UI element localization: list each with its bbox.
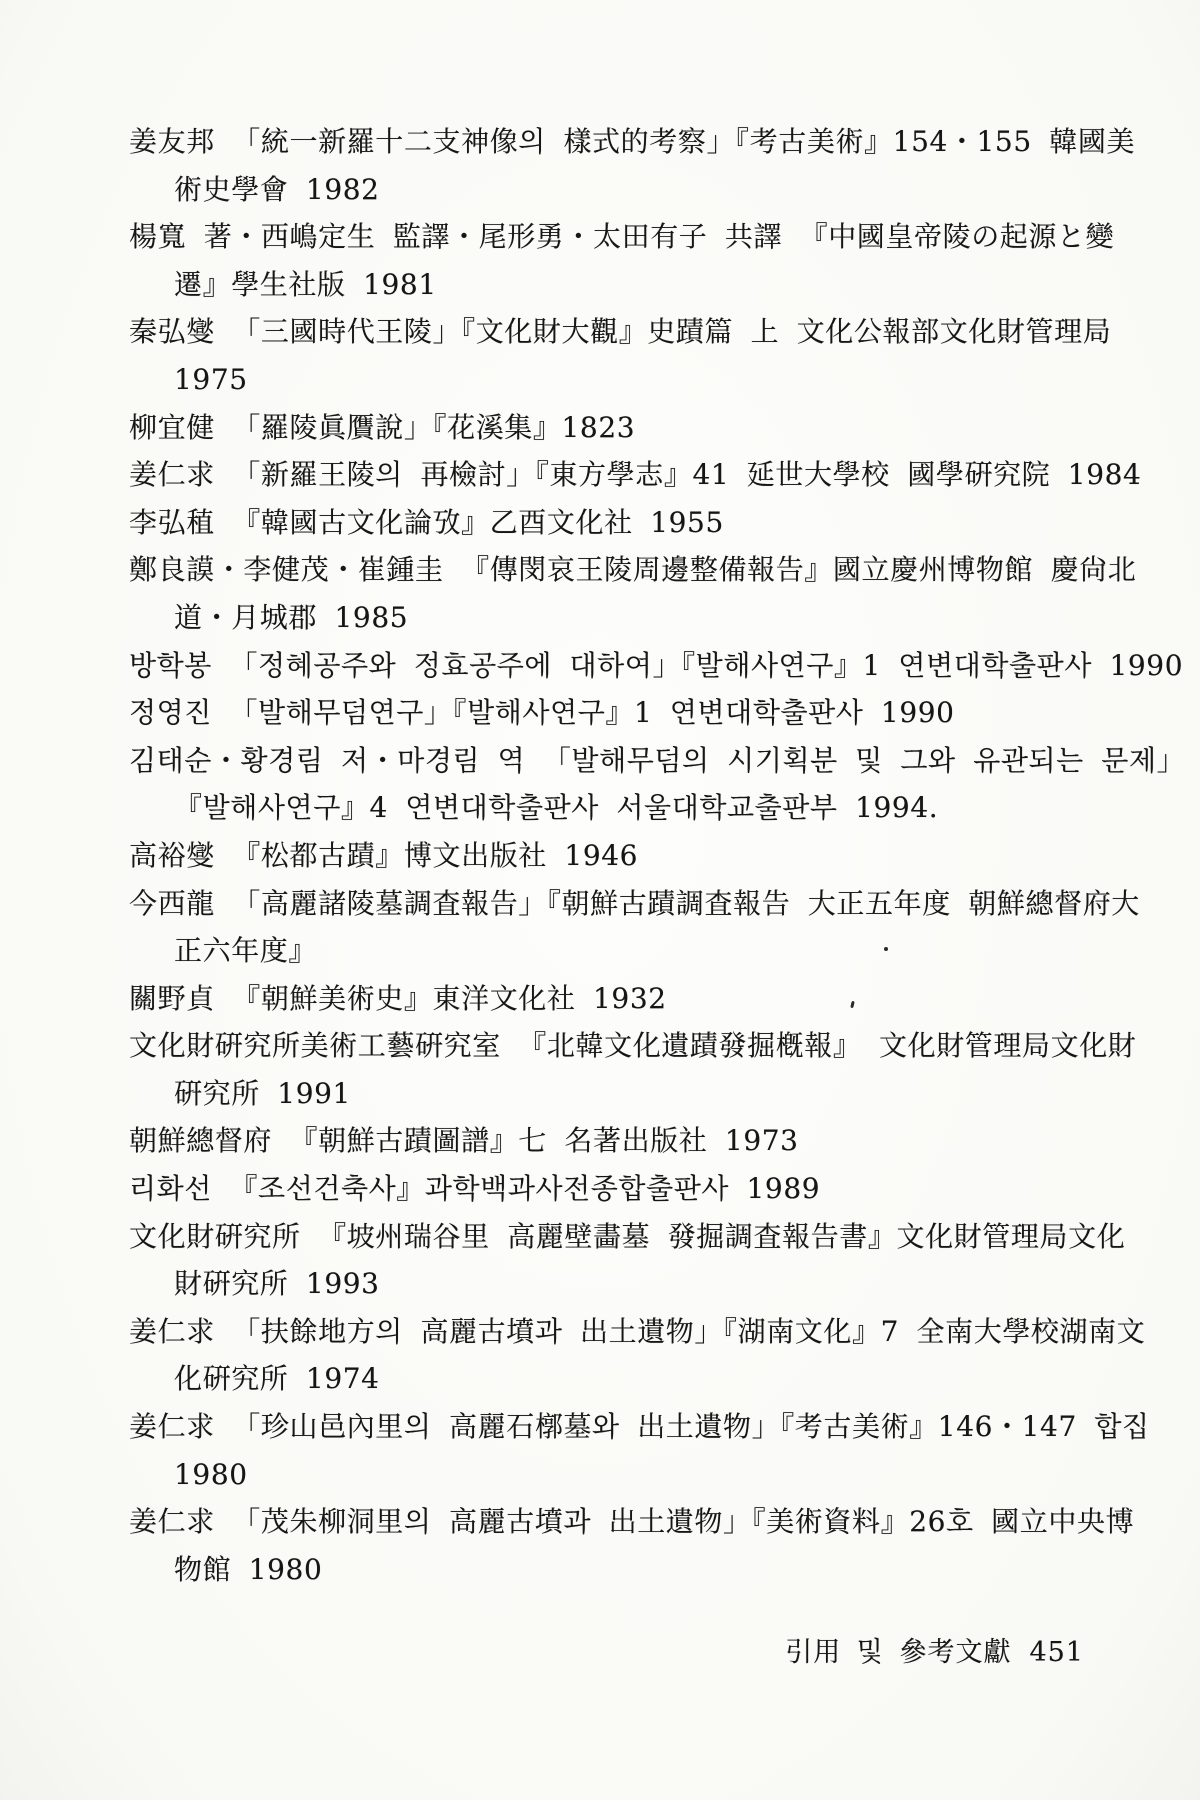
bibliography-entry: 高裕燮 『松都古蹟』博文出版社 1946 [129, 832, 1091, 880]
bibliography-entry: 楊寬 著・西嶋定生 監譯・尾形勇・太田有子 共譯 『中國皇帝陵の起源と變 遷』學… [129, 213, 1091, 308]
entry-line: 姜仁求 「扶餘地方의 高麗古墳과 出土遺物」『湖南文化』7 全南大學校湖南文 [129, 1308, 1091, 1356]
entry-line: 朝鮮總督府 『朝鮮古蹟圖譜』七 名著出版社 1973 [129, 1117, 1091, 1165]
entry-line-continuation: 道・月城郡 1985 [174, 594, 1091, 642]
bibliography-entry: 李弘稙 『韓國古文化論攷』乙酉文化社 1955 [129, 499, 1091, 547]
bibliography-entry: 鄭良謨・李健茂・崔鍾圭 『傳閔哀王陵周邊整備報告』國立慶州博物館 慶尙北 道・月… [129, 546, 1091, 641]
entry-line: 秦弘燮 「三國時代王陵」『文化財大觀』史蹟篇 上 文化公報部文化財管理局 [129, 308, 1091, 356]
entry-line: 방학봉 「정혜공주와 정효공주에 대하여」『발해사연구』1 연변대학출판사 19… [129, 642, 1091, 690]
entry-line: 姜仁求 「茂朱柳洞里의 高麗古墳과 出土遺物」『美術資料』26호 國立中央博 [129, 1498, 1091, 1546]
entry-line-continuation: 正六年度』 [174, 927, 1091, 975]
bibliography-entry: 文化財硏究所美術工藝硏究室 『北韓文化遺蹟發掘槪報』 文化財管理局文化財 硏究所… [129, 1022, 1091, 1117]
bibliography-entry: 리화선 『조선건축사』과학백과사전종합출판사 1989 [129, 1165, 1091, 1213]
entry-line-continuation: 財硏究所 1993 [174, 1260, 1091, 1308]
entry-line: 김태순・황경림 저・마경림 역 「발해무덤의 시기획분 및 그와 유관되는 문제… [129, 737, 1091, 785]
entry-line: 關野貞 『朝鮮美術史』東洋文化社 1932 [129, 975, 1091, 1023]
entry-line-continuation: 遷』學生社版 1981 [174, 261, 1091, 309]
entry-line-continuation: 術史學會 1982 [174, 166, 1091, 214]
entry-line-continuation: 物館 1980 [174, 1546, 1091, 1594]
entry-line: 정영진 「발해무덤연구」『발해사연구』1 연변대학출판사 1990 [129, 689, 1091, 737]
entry-line: 文化財硏究所美術工藝硏究室 『北韓文化遺蹟發掘槪報』 文化財管理局文化財 [129, 1022, 1091, 1070]
bibliography-entry: 姜仁求 「扶餘地方의 高麗古墳과 出土遺物」『湖南文化』7 全南大學校湖南文 化… [129, 1308, 1091, 1403]
entry-line: 리화선 『조선건축사』과학백과사전종합출판사 1989 [129, 1165, 1091, 1213]
page-footer: 引用 및 參考文獻451 [785, 1630, 1084, 1669]
entry-line-continuation: 化硏究所 1974 [174, 1355, 1091, 1403]
bibliography-entry: 姜仁求 「珍山邑內里의 高麗石槨墓와 出土遺物」『考古美術』146・147 합집… [129, 1403, 1091, 1498]
entry-line-continuation: 硏究所 1991 [174, 1070, 1091, 1118]
bibliography-list: 姜友邦 「統一新羅十二支神像의 樣式的考察」『考古美術』154・155 韓國美 … [129, 118, 1091, 1593]
bibliography-entry: 정영진 「발해무덤연구」『발해사연구』1 연변대학출판사 1990 [129, 689, 1091, 737]
entry-line: 姜仁求 「珍山邑內里의 高麗石槨墓와 出土遺物」『考古美術』146・147 합집 [129, 1403, 1091, 1451]
entry-line: 鄭良謨・李健茂・崔鍾圭 『傳閔哀王陵周邊整備報告』國立慶州博物館 慶尙北 [129, 546, 1091, 594]
bibliography-entry: 姜友邦 「統一新羅十二支神像의 樣式的考察」『考古美術』154・155 韓國美 … [129, 118, 1091, 213]
page-number: 451 [1029, 1637, 1084, 1668]
scan-speck [884, 947, 888, 951]
entry-line: 楊寬 著・西嶋定生 監譯・尾形勇・太田有子 共譯 『中國皇帝陵の起源と變 [129, 213, 1091, 261]
bibliography-entry: 文化財硏究所 『坡州瑞谷里 高麗壁畵墓 發掘調査報告書』文化財管理局文化 財硏究… [129, 1213, 1091, 1308]
entry-line-continuation: 『발해사연구』4 연변대학출판사 서울대학교출판부 1994. [174, 784, 1091, 832]
entry-line: 高裕燮 『松都古蹟』博文出版社 1946 [129, 832, 1091, 880]
scanned-book-page: 姜友邦 「統一新羅十二支神像의 樣式的考察」『考古美術』154・155 韓國美 … [0, 0, 1200, 1800]
entry-line: 李弘稙 『韓國古文化論攷』乙酉文化社 1955 [129, 499, 1091, 547]
entry-line-continuation: 1975 [174, 356, 1091, 404]
bibliography-entry: 김태순・황경림 저・마경림 역 「발해무덤의 시기획분 및 그와 유관되는 문제… [129, 737, 1091, 832]
running-title: 引用 및 參考文獻 [785, 1637, 1011, 1668]
entry-line-continuation: 1980 [174, 1451, 1091, 1499]
bibliography-entry: 今西龍 「高麗諸陵墓調査報告」『朝鮮古蹟調査報告 大正五年度 朝鮮總督府大 正六… [129, 880, 1091, 975]
bibliography-entry: 秦弘燮 「三國時代王陵」『文化財大觀』史蹟篇 上 文化公報部文化財管理局 197… [129, 308, 1091, 403]
bibliography-entry: 姜仁求 「茂朱柳洞里의 高麗古墳과 出土遺物」『美術資料』26호 國立中央博 物… [129, 1498, 1091, 1593]
entry-line: 文化財硏究所 『坡州瑞谷里 高麗壁畵墓 發掘調査報告書』文化財管理局文化 [129, 1213, 1091, 1261]
bibliography-entry: 朝鮮總督府 『朝鮮古蹟圖譜』七 名著出版社 1973 [129, 1117, 1091, 1165]
bibliography-entry: 姜仁求 「新羅王陵의 再檢討」『東方學志』41 延世大學校 國學硏究院 1984 [129, 451, 1091, 499]
entry-line: 姜仁求 「新羅王陵의 再檢討」『東方學志』41 延世大學校 國學硏究院 1984 [129, 451, 1091, 499]
bibliography-entry: 柳宜健 「羅陵眞贋說」『花溪集』1823 [129, 404, 1091, 452]
bibliography-entry: 關野貞 『朝鮮美術史』東洋文化社 1932 [129, 975, 1091, 1023]
entry-line: 姜友邦 「統一新羅十二支神像의 樣式的考察」『考古美術』154・155 韓國美 [129, 118, 1091, 166]
entry-line: 今西龍 「高麗諸陵墓調査報告」『朝鮮古蹟調査報告 大正五年度 朝鮮總督府大 [129, 880, 1091, 928]
bibliography-entry: 방학봉 「정혜공주와 정효공주에 대하여」『발해사연구』1 연변대학출판사 19… [129, 642, 1091, 690]
entry-line: 柳宜健 「羅陵眞贋說」『花溪集』1823 [129, 404, 1091, 452]
